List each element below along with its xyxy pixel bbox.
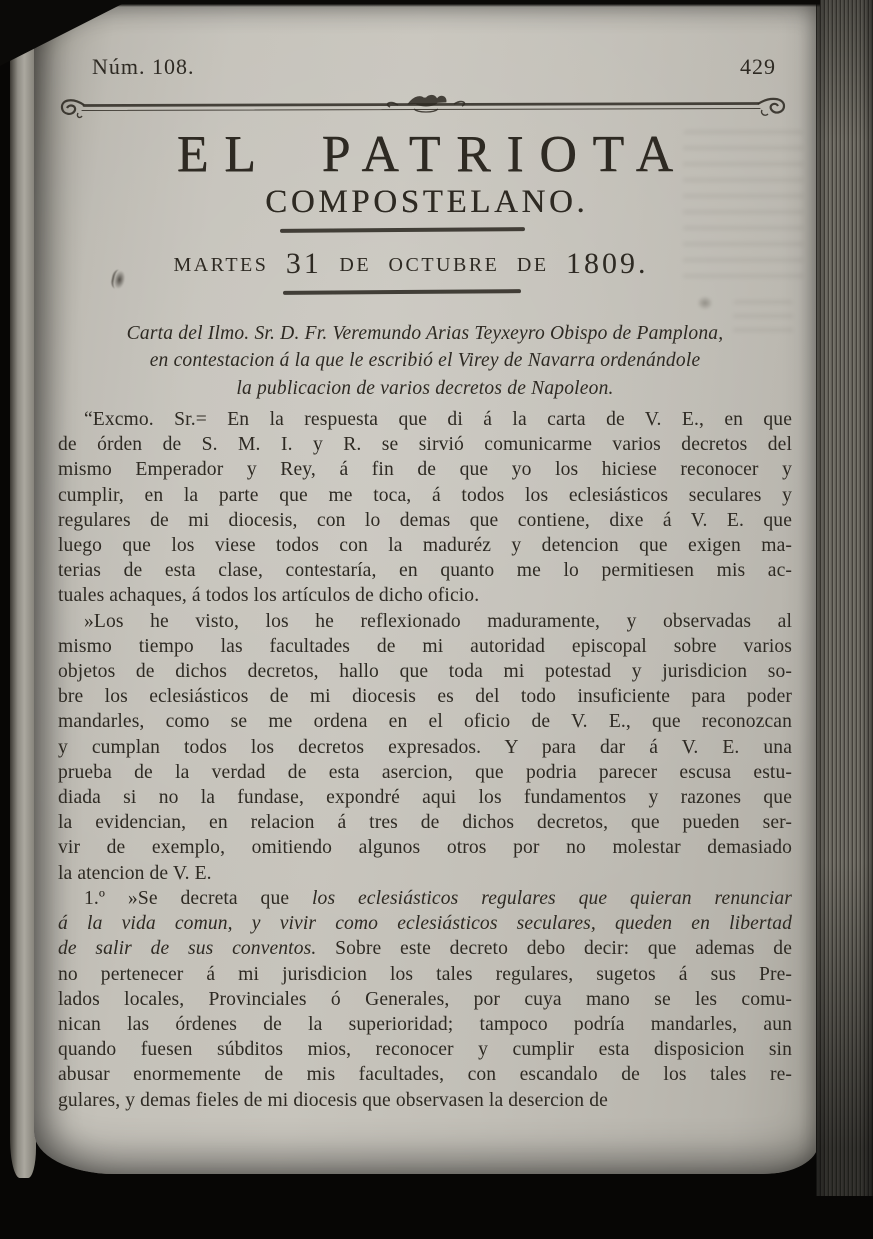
dateline-weekday: MARTES (173, 254, 268, 276)
quoted-decree-text: de salir de sus conventos. (58, 938, 316, 959)
paragraph: 1.º »Se decreta que los eclesiásticos re… (58, 886, 792, 1113)
letter-text: mismo tiempo las facultades de mi autori… (58, 636, 792, 657)
text-line: regulares de mi diocesis, con lo demas q… (58, 508, 792, 533)
letter-text: nican las órdenes de la superioridad; ta… (58, 1014, 792, 1035)
text-line: prueba de la verdad de esta asercion, qu… (58, 760, 792, 785)
letter-text: terias de esta clase, contestaría, en qu… (58, 560, 792, 581)
letter-text: bre los eclesiásticos de mi diocesis es … (58, 686, 792, 707)
paragraph: “Excmo. Sr.= En la respuesta que di á la… (58, 407, 792, 609)
text-line: mismo tiempo las facultades de mi autori… (58, 634, 792, 659)
flourish-left-icon (62, 100, 84, 117)
text-line: cumplir, en la parte que me toca, á todo… (58, 483, 792, 508)
letter-text: »Los he visto, los he reflexionado madur… (84, 611, 792, 632)
text-line: quando fuesen súbditos mios, reconocer y… (58, 1037, 792, 1062)
newspaper-title: EL PATRIOTA (58, 128, 792, 181)
letter-text: cumplir, en la parte que me toca, á todo… (58, 485, 792, 506)
text-line: 1.º »Se decreta que los eclesiásticos re… (58, 886, 792, 911)
letter-text: vir de exemplo, omitiendo algunos otros … (58, 837, 792, 858)
text-line: mandarles, como se me ordena en el ofici… (58, 709, 792, 734)
letter-text: y cumplan todos los decretos expresados.… (58, 737, 792, 758)
letter-text: la atencion de V. E. (58, 863, 212, 884)
letter-text: mismo Emperador y Rey, á fin de que yo l… (58, 459, 792, 480)
photograph-background: { "header": { "issue_number": "Núm. 108.… (0, 0, 873, 1239)
text-line: á la vida comun, y vivir como eclesiásti… (58, 911, 792, 936)
quoted-decree-text: los eclesiásticos regulares que quieran … (312, 888, 792, 909)
dateline: MARTES 31 DE OCTUBRE DE 1809. (44, 247, 778, 281)
letter-text: abusar enormemente de mis facultades, co… (58, 1064, 792, 1085)
heading-line: la publicacion de varios decretos de Nap… (58, 375, 792, 403)
page-header: Núm. 108. 429 (92, 54, 776, 80)
text-line: bre los eclesiásticos de mi diocesis es … (58, 684, 792, 709)
letter-text: Sobre este decreto debo decir: que adema… (316, 938, 792, 959)
letter-text: tuales achaques, á todos los artículos d… (58, 585, 479, 606)
newspaper-subtitle: COMPOSTELANO. (58, 184, 792, 221)
dateline-month: DE OCTUBRE DE (339, 254, 548, 276)
text-line: luego que los viese todos con la maduréz… (58, 533, 792, 558)
letter-text: no pertenecer á mi jurisdicion los tales… (58, 964, 792, 985)
letter-text: diada si no la fundase, expondré aqui lo… (58, 787, 792, 808)
newspaper-page: Núm. 108. 429 EL P (34, 2, 818, 1174)
dateline-year: 1809. (566, 247, 649, 280)
text-line: y cumplan todos los decretos expresados.… (58, 735, 792, 760)
book-fore-edge (816, 0, 873, 1196)
text-line: »Los he visto, los he reflexionado madur… (58, 609, 792, 634)
heading-line: Carta del Ilmo. Sr. D. Fr. Veremundo Ari… (58, 320, 792, 348)
letter-text: mandarles, como se me ordena en el ofici… (58, 711, 792, 732)
text-line: la atencion de V. E. (58, 861, 792, 886)
text-line: tuales achaques, á todos los artículos d… (58, 583, 792, 608)
letter-text: lados locales, Provinciales ó Generales,… (58, 989, 792, 1010)
letter-text: objetos de dichos decretos, hallo que to… (58, 661, 792, 682)
text-line: nican las órdenes de la superioridad; ta… (58, 1012, 792, 1037)
paragraph: »Los he visto, los he reflexionado madur… (58, 609, 792, 886)
heading-line: en contestacion á la que le escribió el … (58, 347, 792, 375)
text-line: diada si no la fundase, expondré aqui lo… (58, 785, 792, 810)
letter-text: de órden de S. M. I. y R. se sirvió comu… (58, 434, 792, 455)
page-number: 429 (740, 54, 776, 80)
letter-text: regulares de mi diocesis, con lo demas q… (58, 510, 792, 531)
quoted-decree-text: á la vida comun, y vivir como eclesiásti… (58, 913, 792, 934)
text-line: gulares, y demas fieles de mi diocesis q… (58, 1088, 792, 1113)
body-text: “Excmo. Sr.= En la respuesta que di á la… (58, 407, 792, 1113)
letter-text: 1.º »Se decreta que (84, 888, 312, 909)
text-line: la evidencian, en relacion á tres de dic… (58, 810, 792, 835)
text-line: abusar enormemente de mis facultades, co… (58, 1062, 792, 1087)
text-line: de órden de S. M. I. y R. se sirvió comu… (58, 432, 792, 457)
letter-text: “Excmo. Sr.= En la respuesta que di á la… (84, 409, 792, 430)
headpiece-rule (58, 92, 792, 122)
text-line: lados locales, Provinciales ó Generales,… (58, 987, 792, 1012)
issue-number: Núm. 108. (92, 54, 195, 80)
text-line: “Excmo. Sr.= En la respuesta que di á la… (58, 407, 792, 432)
headpiece-ornament (58, 92, 792, 122)
dateline-day: 31 (286, 247, 322, 280)
adjacent-page-edge (10, 6, 36, 1178)
text-line: terias de esta clase, contestaría, en qu… (58, 558, 792, 583)
text-line: de salir de sus conventos. Sobre este de… (58, 936, 792, 961)
text-line: objetos de dichos decretos, hallo que to… (58, 659, 792, 684)
letter-text: prueba de la verdad de esta asercion, qu… (58, 762, 792, 783)
text-line: vir de exemplo, omitiendo algunos otros … (58, 835, 792, 860)
letter-text: gulares, y demas fieles de mi diocesis q… (58, 1090, 608, 1111)
date-divider-rule (283, 289, 521, 294)
letter-text: la evidencian, en relacion á tres de dic… (58, 812, 792, 833)
text-line: mismo Emperador y Rey, á fin de que yo l… (58, 457, 792, 482)
title-divider-rule (280, 227, 525, 233)
article-heading: Carta del Ilmo. Sr. D. Fr. Veremundo Ari… (58, 320, 792, 403)
text-line: no pertenecer á mi jurisdicion los tales… (58, 962, 792, 987)
letter-text: quando fuesen súbditos mios, reconocer y… (58, 1039, 792, 1060)
flourish-right-icon (758, 99, 784, 115)
letter-text: luego que los viese todos con la maduréz… (58, 535, 792, 556)
